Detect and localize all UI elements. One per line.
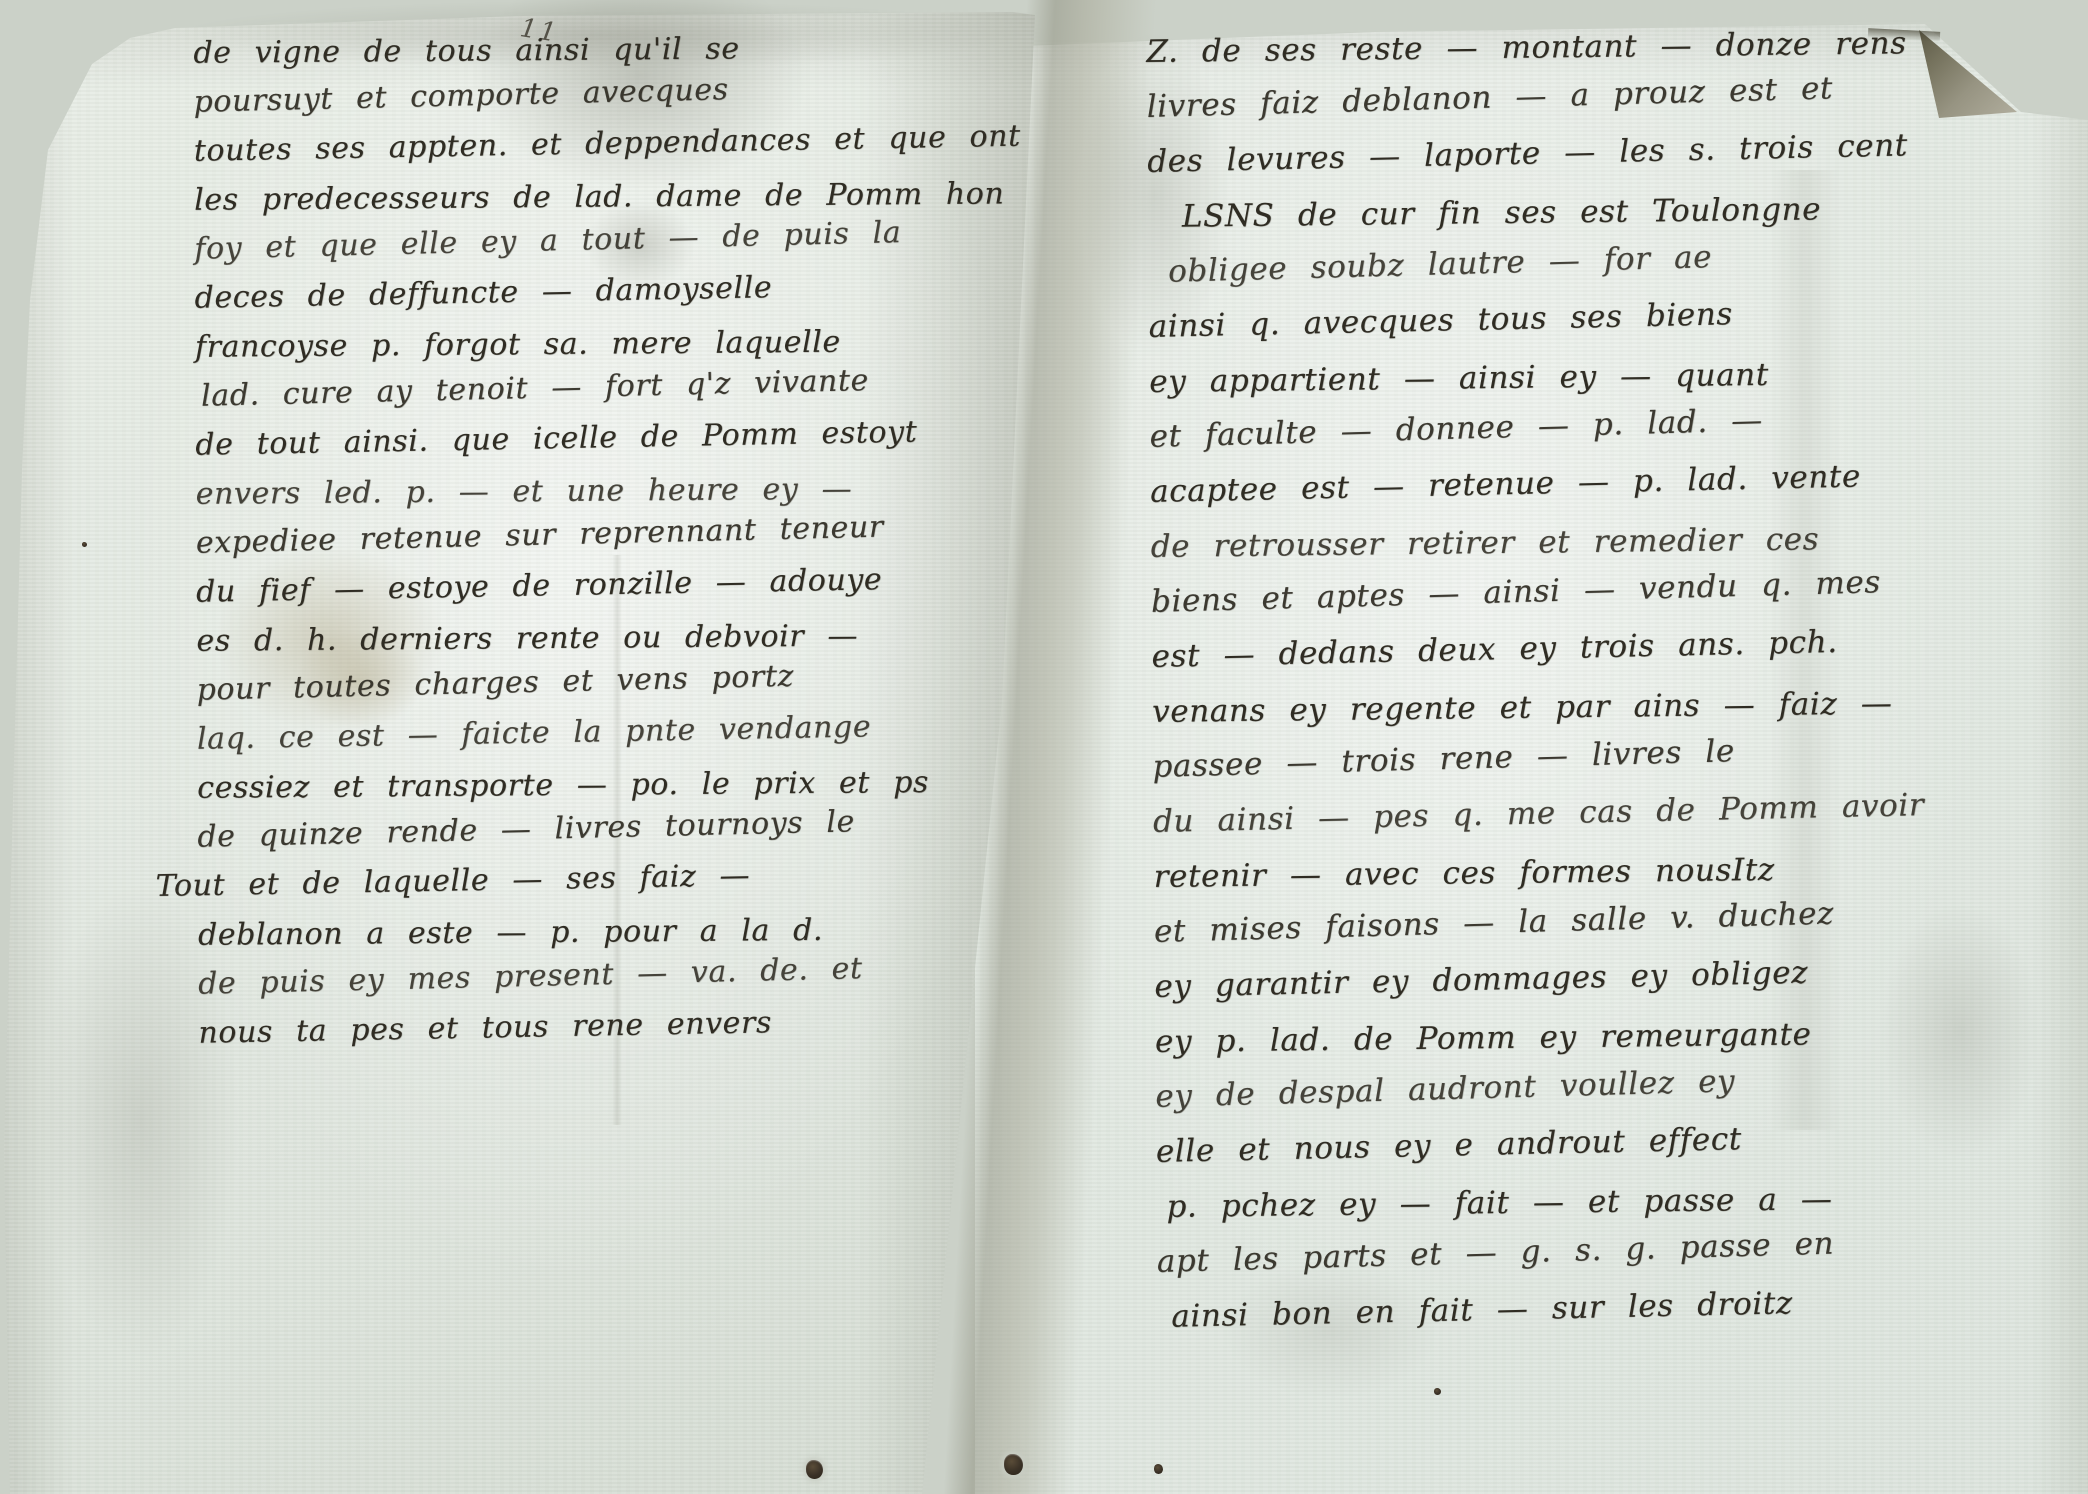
sewing-hole (1004, 1454, 1023, 1475)
ink-speck (1434, 1388, 1441, 1395)
manuscript-photo: { "colors":{ "background":"#cbd1c8", "pa… (0, 0, 2088, 1494)
left-page-text: de vigne de tous ainsi qu'il sepoursuyt … (193, 32, 878, 1065)
sewing-hole (806, 1460, 823, 1479)
ink-speck (82, 542, 87, 547)
right-page-text: Z. de ses reste — montant — donze rensli… (1146, 26, 2057, 1354)
ink-speck (1154, 1464, 1163, 1474)
